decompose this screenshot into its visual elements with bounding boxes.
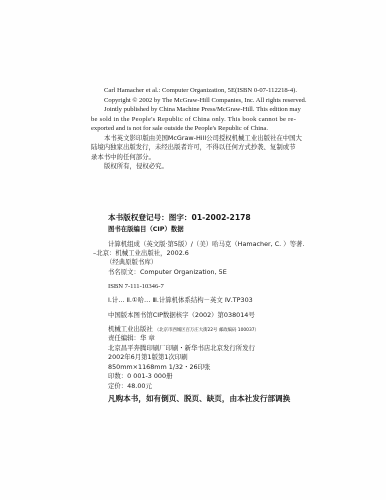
- price: 定价：48.00元: [108, 382, 152, 391]
- copyright-line: exported and is not for sale outside the…: [91, 124, 268, 133]
- print-run: 印数：0 001-3 000册: [108, 372, 172, 381]
- cip-heading: 图书在版编目（CIP）数据: [108, 225, 184, 234]
- printer: 北京昌平奔腾印刷厂印刷・新华书店北京发行所发行: [108, 344, 255, 353]
- cip-publisher-line: –北京：机械工业出版社，2002.6: [93, 249, 189, 258]
- copyright-line: 版权所有，侵权必究。: [104, 162, 168, 171]
- editor: 责任编辑：华 章: [108, 334, 155, 343]
- return-notice: 凡购本书，如有倒页、脱页、缺页，由本社发行部调换: [108, 394, 290, 403]
- publisher-address: （北京市西城区百万庄大街22号 邮政编码 100037）: [155, 328, 259, 333]
- edition: 2002年6月第1版第1次印刷: [108, 353, 188, 362]
- copyright-line: 本书英文影印版由美国McGraw-Hill公司授权机械工业出版社在中国大: [104, 134, 302, 143]
- publisher-name: 机械工业出版社: [108, 325, 153, 333]
- copyright-page: Carl Hamacher et al.: Computer Organizat…: [0, 0, 386, 500]
- cip-classification: Ⅰ.计… Ⅱ.①哈… Ⅲ.计算机体系结构－英文 Ⅳ.TP303: [108, 296, 253, 305]
- cip-series: （经典原版书库）: [106, 258, 157, 267]
- copyright-line: be sold in the People's Republic of Chin…: [91, 115, 296, 124]
- cip-number: 中国版本图书馆CIP数据核字（2002）第038014号: [108, 311, 255, 320]
- cip-original-title: 书名原文：Computer Organization, 5E: [108, 268, 227, 277]
- copyright-line: Carl Hamacher et al.: Computer Organizat…: [104, 86, 297, 95]
- copyright-line: Jointly published by China Machine Press…: [104, 105, 301, 114]
- copyright-line: Copyright © 2002 by The McGraw-Hill Comp…: [104, 96, 306, 105]
- copyright-line: 录本书中的任何部分。: [91, 153, 155, 162]
- copyright-line: 陆境内独家出版发行，未经出版者许可，不得以任何方式抄袭、复制或节: [91, 143, 296, 152]
- format: 850mm×1168mm 1/32・26印张: [108, 363, 210, 372]
- registration-number: 本书版权登记号：图字：01-2002-2178: [108, 213, 251, 222]
- cip-isbn: ISBN 7-111-10346-7: [108, 282, 164, 291]
- cip-title-line: 计算机组成（英文版·第5版）/（美）哈马克（Hamacher, C. ）等著.: [108, 240, 304, 249]
